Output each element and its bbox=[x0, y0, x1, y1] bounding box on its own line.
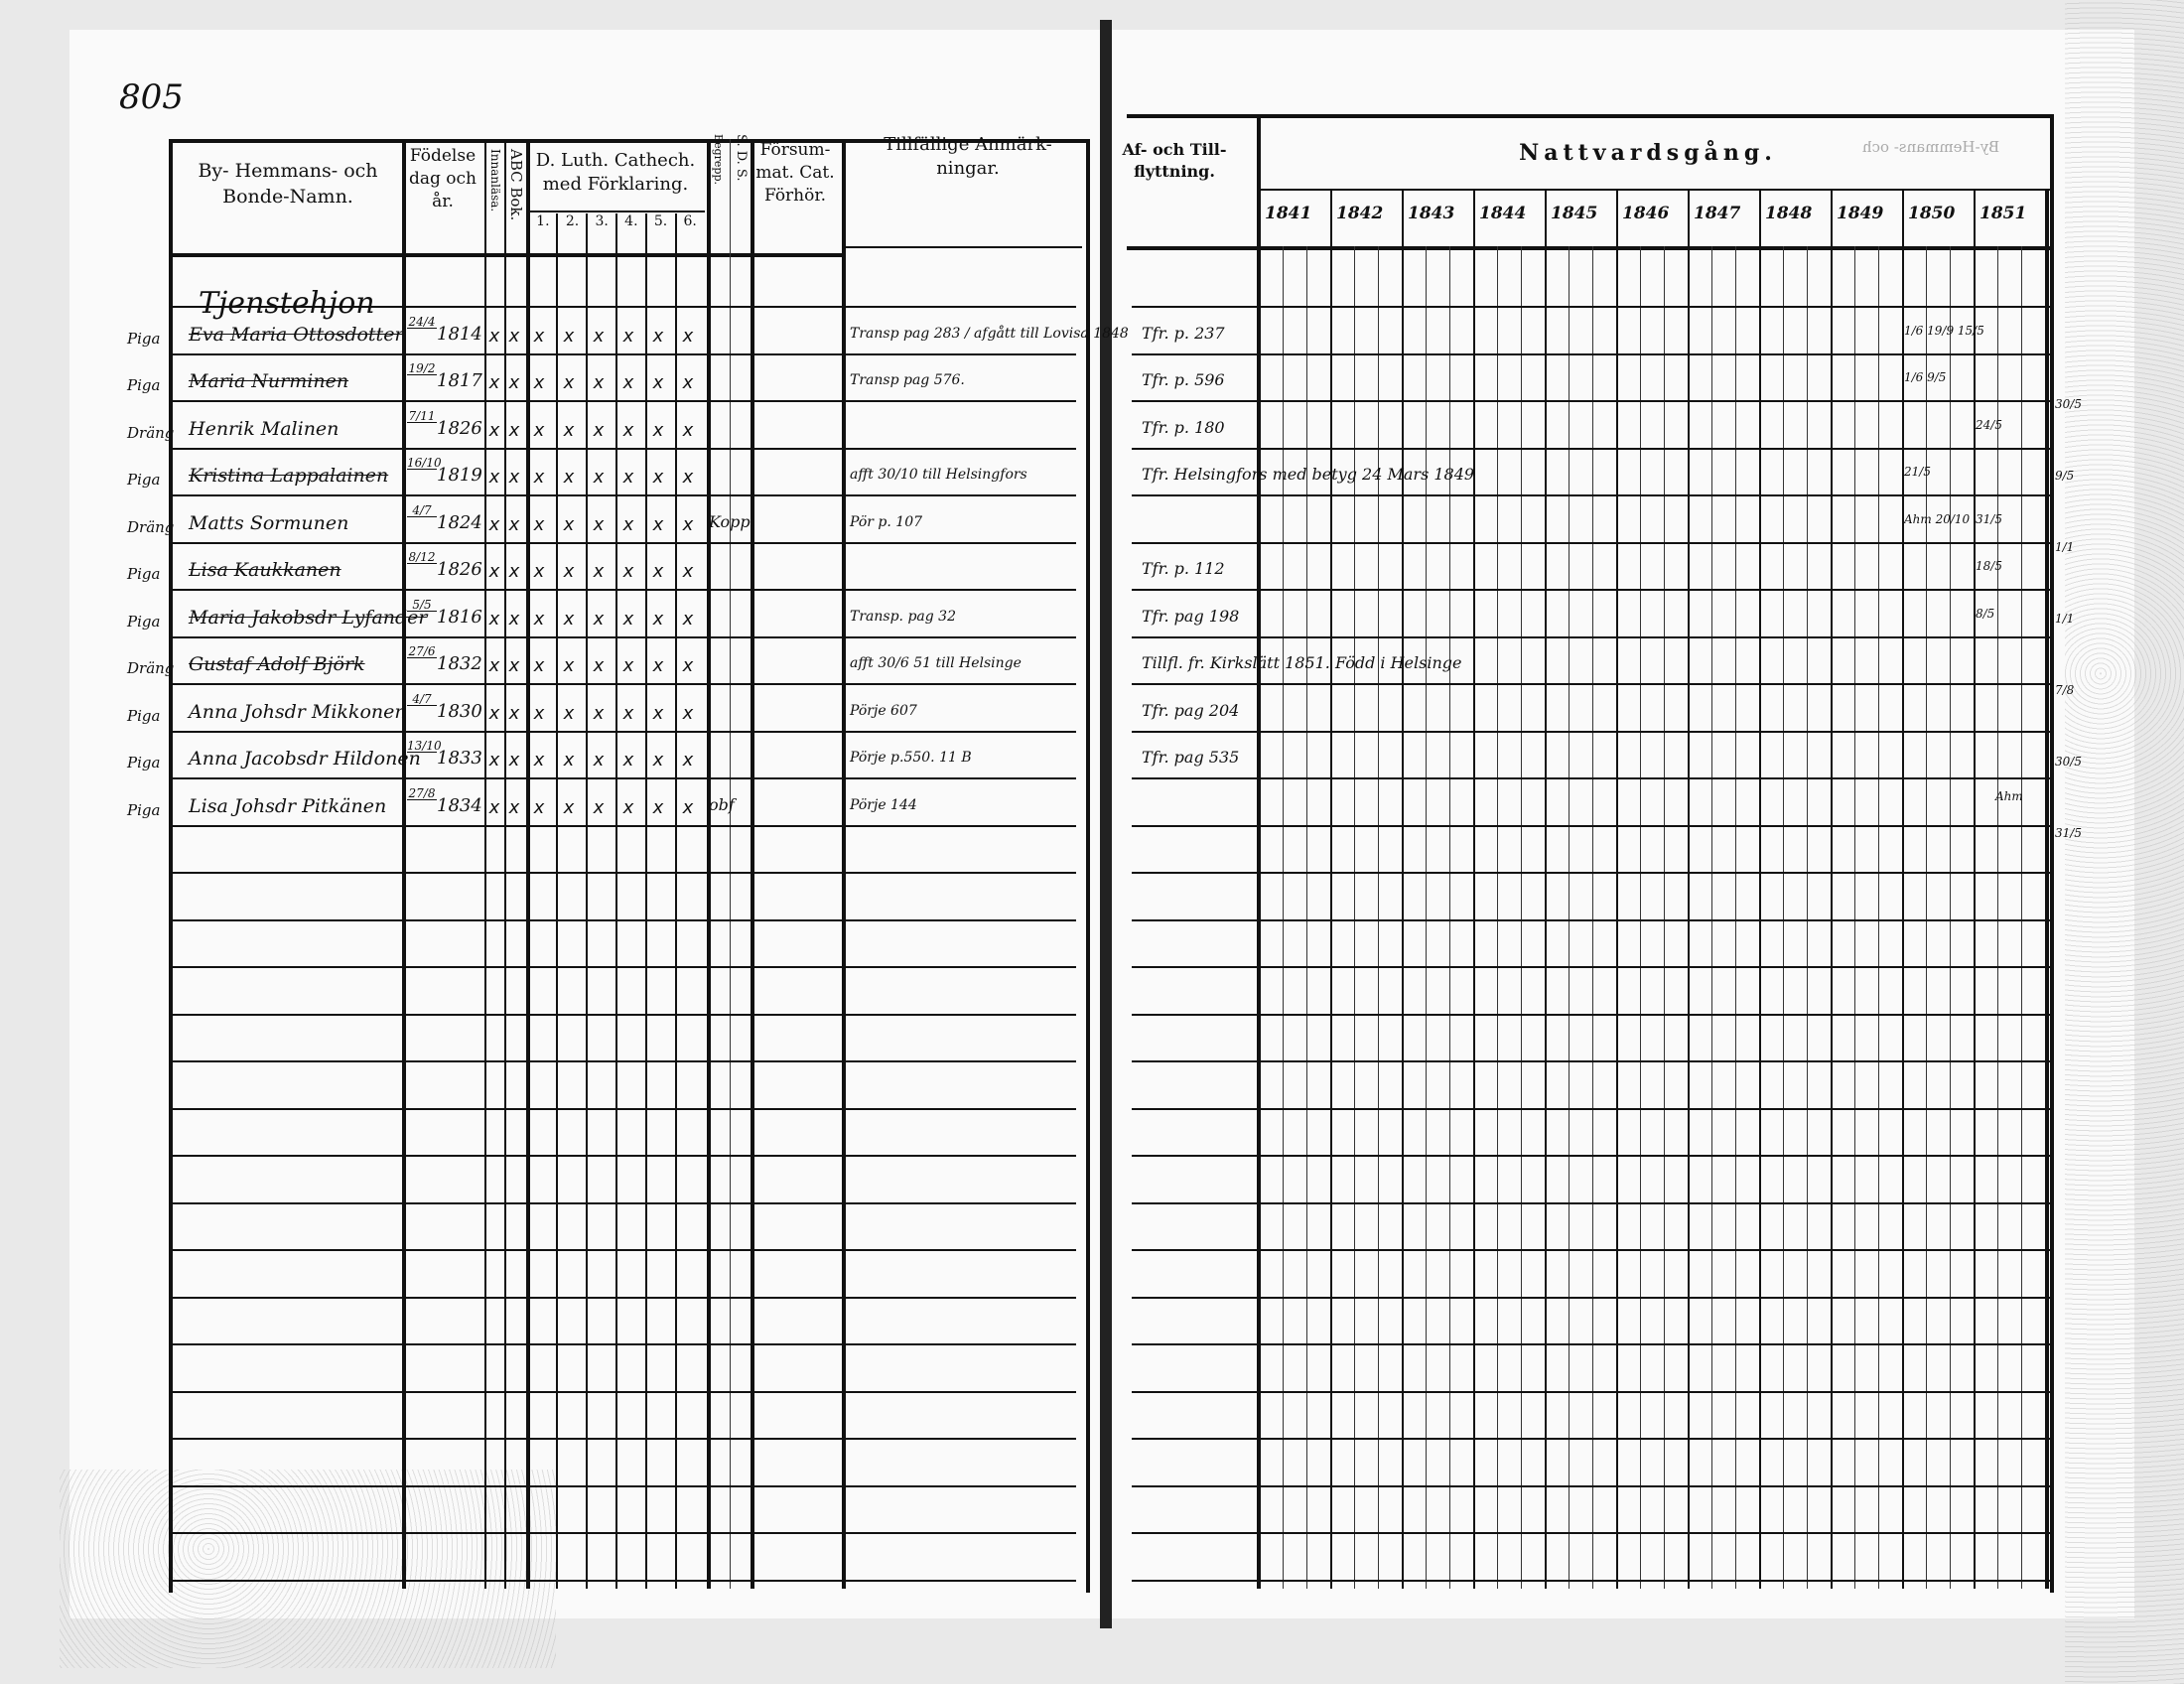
catechism-marks: xxxxxxxx bbox=[484, 514, 703, 535]
birth-year: 1833 bbox=[437, 748, 482, 769]
header-sds-col: S. D. S. bbox=[735, 134, 748, 194]
birth-date-fraction: 27/6 bbox=[407, 645, 437, 658]
catechism-mark: x bbox=[584, 372, 614, 393]
catechism-mark: x bbox=[673, 703, 703, 724]
row-line bbox=[1132, 306, 2050, 308]
flyttning-note: Tfr. Helsingfors med betyg 24 Mars 1849 bbox=[1142, 465, 1474, 484]
catechism-mark: x bbox=[643, 797, 673, 818]
header-name-col: By- Hemmans- och Bonde-Namn. bbox=[179, 159, 397, 210]
row-role: Piga bbox=[127, 754, 160, 772]
row-role: Piga bbox=[127, 376, 160, 394]
remark-text: Pörje 144 bbox=[850, 797, 917, 813]
row-line bbox=[173, 542, 1076, 544]
row-name: Maria Jakobsdr Lyfander bbox=[189, 607, 428, 629]
flyttning-note: Tfr. pag 204 bbox=[1142, 701, 1239, 720]
catechism-mark: x bbox=[643, 326, 673, 347]
year-header: 1846 bbox=[1622, 204, 1669, 223]
catechism-mark: x bbox=[614, 326, 643, 347]
catechism-mark: x bbox=[554, 326, 584, 347]
catechism-mark: x bbox=[504, 467, 524, 488]
row-line bbox=[173, 683, 1076, 685]
row-line bbox=[173, 731, 1076, 733]
catechism-mark: x bbox=[584, 326, 614, 347]
communion-mark: 31/5 bbox=[1976, 512, 2002, 526]
margin-mark: 1/1 bbox=[2055, 612, 2074, 626]
catechism-mark: x bbox=[504, 326, 524, 347]
row-role: Piga bbox=[127, 471, 160, 489]
catechism-mark: x bbox=[484, 750, 504, 771]
row-line bbox=[173, 1297, 1076, 1299]
catechism-mark: x bbox=[524, 797, 554, 818]
header-catechism-col: D. Luth. Cathech. med Förklaring. bbox=[526, 149, 705, 198]
row-line bbox=[1132, 494, 2050, 496]
row-role: Piga bbox=[127, 707, 160, 725]
remark-text: afft 30/6 51 till Helsinge bbox=[850, 655, 1022, 671]
row-line bbox=[173, 636, 1076, 638]
row-line bbox=[1132, 353, 2050, 355]
birth-day-month: 4/7 bbox=[407, 693, 437, 706]
catechism-marks: xxxxxxxx bbox=[484, 609, 703, 630]
margin-mark: 7/8 bbox=[2055, 683, 2074, 697]
birth-year: 1834 bbox=[437, 795, 482, 816]
birth-date-fraction: 4/7 bbox=[407, 693, 437, 706]
catechism-mark: x bbox=[673, 750, 703, 771]
birth-day-month: 5/5 bbox=[407, 599, 437, 612]
row-line bbox=[173, 1438, 1076, 1440]
nattvard-header-rule bbox=[1259, 189, 2053, 191]
row-name: Eva Maria Ottosdotter bbox=[189, 324, 404, 346]
catechism-mark: x bbox=[614, 750, 643, 771]
birth-date-fraction: 5/5 bbox=[407, 599, 437, 612]
row-line bbox=[1132, 731, 2050, 733]
catechism-mark: x bbox=[524, 420, 554, 441]
catechism-mark: x bbox=[554, 655, 584, 676]
row-line bbox=[1132, 1580, 2050, 1582]
birth-date-fraction: 13/10 bbox=[407, 740, 437, 753]
row-name: Kristina Lappalainen bbox=[189, 465, 388, 487]
row-line bbox=[173, 1580, 1076, 1582]
catechism-mark: x bbox=[554, 703, 584, 724]
header-flyttning-col: Af- och Till- flyttning. bbox=[1120, 139, 1229, 182]
catechism-mark: x bbox=[673, 420, 703, 441]
row-line bbox=[173, 1108, 1076, 1110]
row-name: Lisa Kaukkanen bbox=[189, 559, 341, 581]
catechism-mark: x bbox=[584, 467, 614, 488]
header-nattvard: Nattvardsgång. bbox=[1489, 139, 1807, 169]
catechism-mark: x bbox=[504, 561, 524, 582]
communion-mark: 8/5 bbox=[1976, 607, 1994, 621]
communion-mark: Ahm 20/10 bbox=[1904, 512, 1970, 526]
catechism-mark: x bbox=[554, 797, 584, 818]
catechism-mark: x bbox=[643, 609, 673, 630]
birth-day-month: 8/12 bbox=[407, 551, 437, 564]
catechism-marks: xxxxxxxx bbox=[484, 467, 703, 488]
catechism-mark: x bbox=[484, 326, 504, 347]
header-forsummat-col: Försum- mat. Cat. Förhör. bbox=[751, 139, 840, 208]
remark-text: Transp pag 576. bbox=[850, 372, 965, 388]
year-header: 1848 bbox=[1765, 204, 1812, 223]
flyttning-note: Tfr. p. 237 bbox=[1142, 324, 1225, 343]
catechism-mark: x bbox=[484, 372, 504, 393]
catechism-mark: x bbox=[524, 703, 554, 724]
row-name: Maria Nurminen bbox=[189, 370, 348, 392]
row-line bbox=[1132, 1438, 2050, 1440]
catechism-sub-2: 2. bbox=[558, 213, 588, 229]
catechism-mark: x bbox=[614, 609, 643, 630]
row-line bbox=[173, 1249, 1076, 1251]
row-line bbox=[1132, 919, 2050, 921]
row-name: Gustaf Adolf Björk bbox=[189, 653, 365, 675]
catechism-marks: xxxxxxxx bbox=[484, 372, 703, 393]
margin-mark: 9/5 bbox=[2055, 469, 2074, 483]
catechism-mark: x bbox=[643, 703, 673, 724]
col-line bbox=[484, 139, 486, 1589]
birth-day-month: 4/7 bbox=[407, 504, 437, 517]
catechism-mark: x bbox=[643, 514, 673, 535]
margin-note: Ahm bbox=[1995, 789, 2023, 803]
row-line bbox=[1132, 825, 2050, 827]
communion-mark: 1/6 19/9 15/5 bbox=[1904, 324, 1984, 338]
row-line bbox=[1132, 448, 2050, 450]
catechism-mark: x bbox=[584, 561, 614, 582]
catechism-mark: x bbox=[643, 372, 673, 393]
margin-mark: 31/5 bbox=[2055, 826, 2082, 840]
catechism-mark: x bbox=[524, 655, 554, 676]
catechism-mark: x bbox=[504, 655, 524, 676]
row-line bbox=[1132, 777, 2050, 779]
catechism-mark: x bbox=[584, 609, 614, 630]
birth-year: 1817 bbox=[437, 370, 482, 391]
row-line bbox=[1132, 1343, 2050, 1345]
row-role: Piga bbox=[127, 613, 160, 631]
birth-date-fraction: 16/10 bbox=[407, 457, 437, 470]
catechism-mark: x bbox=[643, 655, 673, 676]
catechism-marks: xxxxxxxx bbox=[484, 655, 703, 676]
row-line bbox=[1132, 1391, 2050, 1393]
margin-mark: 30/5 bbox=[2055, 755, 2082, 769]
catechism-mark: x bbox=[524, 609, 554, 630]
communion-mark: 21/5 bbox=[1904, 465, 1931, 479]
row-line bbox=[1132, 1060, 2050, 1062]
row-role: Piga bbox=[127, 330, 160, 348]
birth-day-month: 27/6 bbox=[407, 645, 437, 658]
catechism-marks: xxxxxxxx bbox=[484, 797, 703, 818]
birth-date-fraction: 8/12 bbox=[407, 551, 437, 564]
row-line bbox=[1132, 1014, 2050, 1016]
catechism-mark: x bbox=[614, 514, 643, 535]
catechism-mark: x bbox=[614, 420, 643, 441]
header-remarks-col: Tillfällige Anmärk- ningar. bbox=[864, 133, 1072, 182]
catechism-mark: x bbox=[504, 420, 524, 441]
catechism-mark: x bbox=[504, 703, 524, 724]
birth-day-month: 7/11 bbox=[407, 410, 437, 423]
row-line bbox=[1132, 589, 2050, 591]
birth-year: 1832 bbox=[437, 653, 482, 674]
catechism-mark: x bbox=[554, 420, 584, 441]
row-line bbox=[173, 1485, 1076, 1487]
catechism-mark: x bbox=[643, 420, 673, 441]
catechism-mark: x bbox=[554, 467, 584, 488]
col-line bbox=[402, 139, 406, 1589]
catechism-mark: x bbox=[614, 467, 643, 488]
catechism-sub-6: 6. bbox=[675, 213, 705, 229]
catechism-mark: x bbox=[673, 655, 703, 676]
row-name: Matts Sormunen bbox=[189, 512, 348, 534]
catechism-mark: x bbox=[524, 561, 554, 582]
birth-year: 1830 bbox=[437, 701, 482, 722]
page-edge-noise bbox=[2065, 0, 2184, 1684]
row-role: Dräng bbox=[127, 518, 174, 536]
catechism-mark: x bbox=[504, 797, 524, 818]
margin-mark: 30/5 bbox=[2055, 397, 2082, 411]
catechism-mark: x bbox=[524, 467, 554, 488]
catechism-mark: x bbox=[554, 561, 584, 582]
catechism-marks: xxxxxxxx bbox=[484, 420, 703, 441]
birth-date-fraction: 24/4 bbox=[407, 316, 437, 329]
book-gutter bbox=[1100, 20, 1112, 1628]
catechism-mark: x bbox=[504, 514, 524, 535]
flyttning-note: Tfr. pag 198 bbox=[1142, 607, 1239, 626]
catechism-mark: x bbox=[643, 561, 673, 582]
header-begrepp-col: Begrepp. bbox=[713, 134, 724, 213]
catechism-mark: x bbox=[524, 750, 554, 771]
catechism-mark: x bbox=[554, 609, 584, 630]
row-line bbox=[173, 872, 1076, 874]
row-line bbox=[1132, 636, 2050, 638]
row-line bbox=[173, 1014, 1076, 1016]
catechism-mark: x bbox=[673, 326, 703, 347]
row-line bbox=[1132, 1108, 2050, 1110]
birth-day-month: 16/10 bbox=[407, 457, 437, 470]
catechism-mark: x bbox=[484, 420, 504, 441]
row-line bbox=[173, 589, 1076, 591]
col-line bbox=[707, 139, 711, 1589]
header-birth-col: Födelse dag och år. bbox=[402, 145, 483, 213]
catechism-mark: x bbox=[614, 372, 643, 393]
row-line bbox=[1132, 1297, 2050, 1299]
birth-year: 1819 bbox=[437, 465, 482, 486]
catechism-mark: x bbox=[614, 797, 643, 818]
catechism-mark: x bbox=[504, 609, 524, 630]
remark-text: Pörje 607 bbox=[850, 703, 917, 719]
year-header: 1851 bbox=[1979, 204, 2026, 223]
catechism-mark: x bbox=[524, 326, 554, 347]
row-name: Anna Johsdr Mikkonen bbox=[189, 701, 407, 723]
row-line bbox=[173, 1155, 1076, 1157]
catechism-mark: x bbox=[484, 514, 504, 535]
catechism-mark: x bbox=[484, 467, 504, 488]
remark-text: afft 30/10 till Helsingfors bbox=[850, 467, 1027, 483]
birth-day-month: 19/2 bbox=[407, 362, 437, 375]
catechism-mark: x bbox=[484, 561, 504, 582]
birth-day-month: 13/10 bbox=[407, 740, 437, 753]
col-line bbox=[842, 139, 846, 1589]
header-innanlasa-col: Innanläsa. bbox=[489, 149, 501, 238]
year-header: 1850 bbox=[1908, 204, 1955, 223]
catechism-mark: x bbox=[673, 514, 703, 535]
col-line bbox=[730, 139, 731, 1589]
row-line bbox=[1132, 1249, 2050, 1251]
catechism-marks: xxxxxxxx bbox=[484, 326, 703, 347]
begrepp-note: obf bbox=[709, 795, 735, 814]
row-role: Dräng bbox=[127, 424, 174, 442]
header-faded-bleedthrough: By-Hemmans- och bbox=[1837, 137, 2025, 157]
flyttning-note: Tillfl. fr. Kirkslätt 1851. Född i Helsi… bbox=[1142, 653, 1461, 672]
catechism-sub-5: 5. bbox=[646, 213, 676, 229]
birth-year: 1826 bbox=[437, 559, 482, 580]
communion-mark: 18/5 bbox=[1976, 559, 2002, 573]
row-line bbox=[173, 353, 1076, 355]
year-header: 1843 bbox=[1408, 204, 1454, 223]
row-line bbox=[173, 1202, 1076, 1204]
catechism-mark: x bbox=[484, 655, 504, 676]
col-line bbox=[751, 139, 754, 1589]
row-line bbox=[1132, 1485, 2050, 1487]
catechism-sub-3: 3. bbox=[587, 213, 616, 229]
birth-date-fraction: 4/7 bbox=[407, 504, 437, 517]
birth-year: 1816 bbox=[437, 607, 482, 628]
margin-mark: 1/1 bbox=[2055, 540, 2074, 554]
row-line bbox=[173, 1532, 1076, 1534]
row-line bbox=[1132, 400, 2050, 402]
catechism-mark: x bbox=[614, 703, 643, 724]
row-role: Dräng bbox=[127, 659, 174, 677]
row-line bbox=[173, 966, 1076, 968]
row-name: Anna Jacobsdr Hildonen bbox=[189, 748, 421, 770]
right-header-rule bbox=[1127, 246, 2050, 250]
catechism-mark: x bbox=[673, 797, 703, 818]
row-role: Piga bbox=[127, 565, 160, 583]
catechism-mark: x bbox=[584, 514, 614, 535]
row-line bbox=[173, 1391, 1076, 1393]
birth-year: 1826 bbox=[437, 418, 482, 439]
row-line bbox=[173, 777, 1076, 779]
flyttning-note: Tfr. p. 596 bbox=[1142, 370, 1225, 389]
catechism-header-rule bbox=[528, 210, 705, 212]
catechism-sub-4: 4. bbox=[616, 213, 646, 229]
birth-day-month: 24/4 bbox=[407, 316, 437, 329]
catechism-mark: x bbox=[614, 655, 643, 676]
birth-date-fraction: 7/11 bbox=[407, 410, 437, 423]
catechism-marks: xxxxxxxx bbox=[484, 750, 703, 771]
catechism-mark: x bbox=[554, 514, 584, 535]
birth-day-month: 27/8 bbox=[407, 787, 437, 800]
row-role: Piga bbox=[127, 801, 160, 819]
page-number: 805 bbox=[119, 77, 184, 117]
year-header: 1842 bbox=[1336, 204, 1383, 223]
row-line bbox=[173, 400, 1076, 402]
row-name: Lisa Johsdr Pitkänen bbox=[189, 795, 386, 817]
left-table-frame bbox=[169, 139, 1090, 1593]
catechism-mark: x bbox=[484, 703, 504, 724]
row-line bbox=[173, 494, 1076, 496]
catechism-mark: x bbox=[554, 750, 584, 771]
remark-text: Transp. pag 32 bbox=[850, 609, 956, 625]
row-line bbox=[1132, 966, 2050, 968]
catechism-mark: x bbox=[584, 420, 614, 441]
col-line bbox=[526, 139, 530, 1589]
row-line bbox=[1132, 1202, 2050, 1204]
catechism-mark: x bbox=[484, 609, 504, 630]
catechism-mark: x bbox=[484, 797, 504, 818]
catechism-mark: x bbox=[504, 372, 524, 393]
catechism-mark: x bbox=[673, 467, 703, 488]
row-line bbox=[1132, 542, 2050, 544]
catechism-mark: x bbox=[554, 372, 584, 393]
header-abc-col: ABC Bok. bbox=[508, 149, 523, 238]
year-header: 1841 bbox=[1265, 204, 1311, 223]
section-title: Tjenstehjon bbox=[199, 286, 375, 321]
catechism-mark: x bbox=[673, 561, 703, 582]
row-line bbox=[173, 1060, 1076, 1062]
row-line bbox=[1132, 683, 2050, 685]
catechism-mark: x bbox=[643, 467, 673, 488]
flyttning-note: Tfr. p. 180 bbox=[1142, 418, 1225, 437]
row-name: Henrik Malinen bbox=[189, 418, 339, 440]
remarks-header-rule bbox=[844, 246, 1082, 248]
row-line bbox=[173, 919, 1076, 921]
row-line bbox=[173, 1343, 1076, 1345]
catechism-mark: x bbox=[614, 561, 643, 582]
left-header-rule bbox=[173, 253, 843, 257]
begrepp-note: Kopp bbox=[709, 512, 751, 531]
catechism-mark: x bbox=[584, 750, 614, 771]
year-header: 1849 bbox=[1837, 204, 1883, 223]
catechism-marks: xxxxxxxx bbox=[484, 703, 703, 724]
flyttning-note: Tfr. p. 112 bbox=[1142, 559, 1225, 578]
birth-year: 1814 bbox=[437, 324, 482, 345]
year-header: 1847 bbox=[1694, 204, 1740, 223]
catechism-marks: xxxxxxxx bbox=[484, 561, 703, 582]
birth-date-fraction: 27/8 bbox=[407, 787, 437, 800]
flyttning-note: Tfr. pag 535 bbox=[1142, 748, 1239, 767]
remark-text: Pör p. 107 bbox=[850, 514, 922, 530]
catechism-sub-1: 1. bbox=[528, 213, 558, 229]
row-line bbox=[1132, 1155, 2050, 1157]
catechism-mark: x bbox=[673, 609, 703, 630]
communion-mark: 1/6 9/5 bbox=[1904, 370, 1946, 384]
catechism-mark: x bbox=[643, 750, 673, 771]
catechism-mark: x bbox=[504, 750, 524, 771]
birth-date-fraction: 19/2 bbox=[407, 362, 437, 375]
row-line bbox=[1132, 872, 2050, 874]
catechism-mark: x bbox=[524, 514, 554, 535]
row-line bbox=[173, 825, 1076, 827]
col-line bbox=[504, 139, 506, 1589]
catechism-mark: x bbox=[584, 797, 614, 818]
communion-mark: 24/5 bbox=[1976, 418, 2002, 432]
remark-text: Transp pag 283 / afgått till Lovisa 1848 bbox=[850, 326, 1129, 342]
year-header: 1845 bbox=[1551, 204, 1597, 223]
row-line bbox=[173, 448, 1076, 450]
catechism-mark: x bbox=[584, 703, 614, 724]
birth-year: 1824 bbox=[437, 512, 482, 533]
catechism-mark: x bbox=[584, 655, 614, 676]
row-line bbox=[1132, 1532, 2050, 1534]
catechism-mark: x bbox=[524, 372, 554, 393]
year-header: 1844 bbox=[1479, 204, 1526, 223]
catechism-mark: x bbox=[673, 372, 703, 393]
remark-text: Pörje p.550. 11 B bbox=[850, 750, 972, 766]
